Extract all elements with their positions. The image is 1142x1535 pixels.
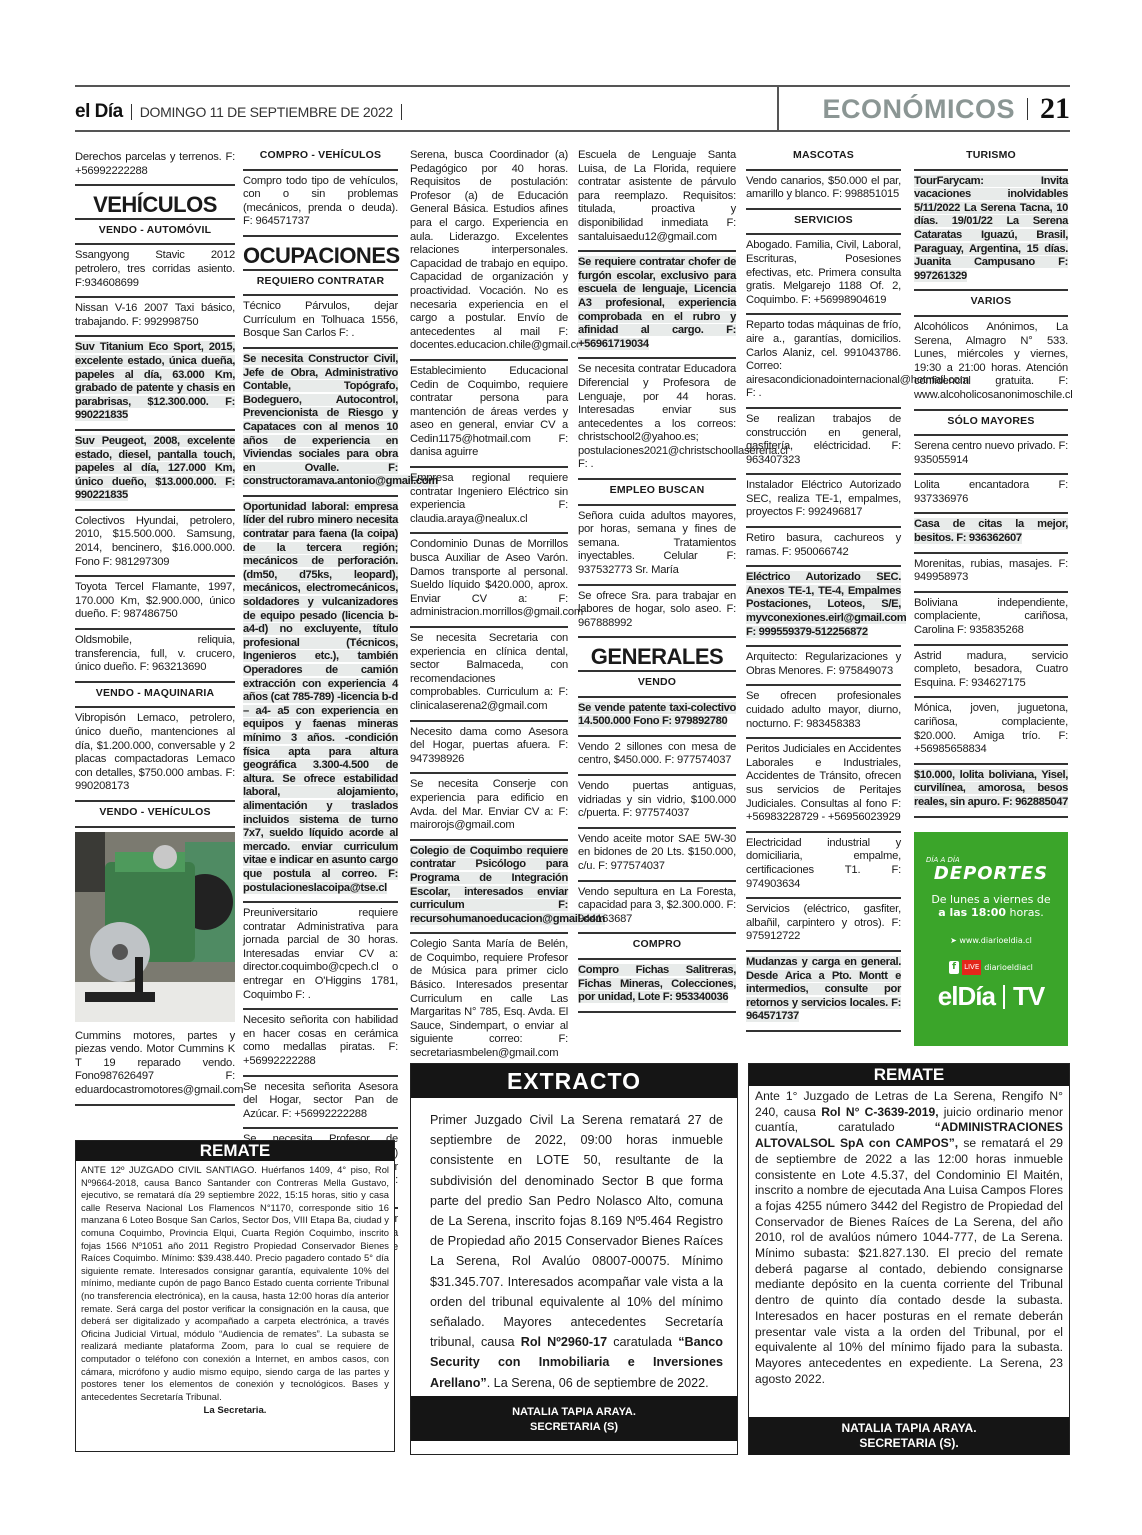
classified-ad: Servicios (eléctrico, gasfiter, albañil,… — [746, 899, 901, 952]
classified-ad-text: Retiro basura, cachureos y ramas. F: 950… — [746, 532, 901, 558]
classified-ad: Técnico Párvulos, dejar Currículum en To… — [243, 296, 398, 349]
category-title-ocupaciones: OCUPACIONES — [243, 237, 398, 271]
classified-ad-text: Vendo 2 sillones con mesa de centro, $45… — [578, 741, 736, 767]
classified-ad-text: Mónica, joven, juguetona, cariñosa, comp… — [914, 702, 1068, 755]
ad-list-ocupaciones-cont2: Escuela de Lenguaje Santa Luisa, de La F… — [578, 145, 736, 480]
classified-ad-text: Peritos Judiciales en Accidentes Laboral… — [746, 743, 901, 823]
classified-ad: Establecimiento Educacional Cedin de Coq… — [410, 361, 568, 468]
classified-ad: Colegio Santa María de Belén, de Coquimb… — [410, 934, 568, 1066]
classified-ad: Se ofrecen profesionales cuidado adulto … — [746, 686, 901, 739]
section-header: ECONÓMICOS 21 — [800, 92, 1070, 126]
classified-ad-text: Empresa regional requiere contratar Inge… — [410, 472, 568, 525]
promo-website[interactable]: ➤ www.diarioeldia.cl — [914, 934, 1068, 948]
case-number: Rol Nº2960-17 — [521, 1335, 607, 1349]
brand-separator — [1003, 985, 1005, 1009]
classified-ad-text: Se necesita Secretaria con experiencia e… — [410, 632, 568, 712]
classified-ad: Serena centro nuevo privado. F: 93505591… — [914, 436, 1068, 475]
classified-ad-text: Electricidad industrial y domiciliaria, … — [746, 837, 901, 890]
classified-ad: Colegio de Coquimbo requiere contratar P… — [410, 841, 568, 935]
classified-ad-text: Nissan V-16 2007 Taxi básico, trabajando… — [75, 302, 235, 328]
page-number: 21 — [1040, 92, 1070, 126]
classified-ad-text: Boliviana independiente, complaciente, c… — [914, 597, 1068, 636]
classified-ad-text: Astrid madura, servicio completo, besado… — [914, 650, 1068, 689]
ad-list-mascotas: Vendo canarios, $50.000 el par, amarillo… — [746, 171, 901, 210]
notice-body: Primer Juzgado Civil La Serena rematará … — [411, 1098, 737, 1396]
signature-role: SECRETARIA (S). — [749, 1436, 1069, 1451]
promo-pretitle: DÍA A DÍA — [914, 832, 1068, 868]
newspaper-logo[interactable]: el Día — [75, 101, 123, 123]
subcategory-compro-vehiculos: COMPRO - VEHÍCULOS — [243, 145, 398, 171]
classified-ad: Peritos Judiciales en Accidentes Laboral… — [746, 739, 901, 833]
classified-ad: Eléctrico Autorizado SEC. Anexos TE-1, T… — [746, 567, 901, 647]
notice-extracto: EXTRACTO Primer Juzgado Civil La Serena … — [410, 1063, 738, 1455]
classified-ad-text: Colegio de Coquimbo requiere contratar P… — [410, 845, 605, 925]
column-3: Serena, busca Coordinador (a) Pedagógico… — [410, 145, 568, 1067]
classified-ad-text: Vendo puertas antiguas, vidriadas y sin … — [578, 780, 736, 819]
classified-ad: Toyota Tercel Flamante, 1997, 170.000 Km… — [75, 577, 235, 630]
body-text: se rematará el 29 de septiembre de 2022 … — [755, 1136, 1063, 1386]
classified-ad-text: Se vende patente taxi-colectivo 14.500.0… — [578, 702, 736, 728]
promo-schedule-line2: a las 18:00 horas. — [914, 906, 1068, 920]
classified-ad: Se necesita señorita Asesora del Hogar, … — [243, 1077, 398, 1130]
classified-ad-text: Toyota Tercel Flamante, 1997, 170.000 Km… — [75, 581, 235, 620]
classified-ad-text: Lolita encantadora F: 937336976 — [914, 479, 1068, 505]
ad-list-ocupaciones: Técnico Párvulos, dejar Currículum en To… — [243, 296, 398, 1274]
classified-ad: Vendo puertas antiguas, vidriadas y sin … — [578, 776, 736, 829]
classified-ad-text: $10.000, lolita boliviana, Yisel, curvil… — [914, 769, 1068, 808]
classified-ad-text: Casa de citas la mejor, besitos. F: 9363… — [914, 518, 1068, 544]
classified-ad: Vibropisón Lemaco, petrolero, único dueñ… — [75, 708, 235, 802]
subcategory-compro: COMPRO — [578, 934, 736, 960]
subcategory-vendo-automovil: VENDO - AUTOMÓVIL — [75, 220, 235, 246]
signature-name: NATALIA TAPIA ARAYA. — [411, 1405, 737, 1420]
classified-ad: Instalador Eléctrico Autorizado SEC, rea… — [746, 475, 901, 528]
classified-ad-text: Necesito señorita con habilidad en hacer… — [243, 1014, 398, 1067]
classified-ad: Electricidad industrial y domiciliaria, … — [746, 833, 901, 899]
classified-ad-text: Eléctrico Autorizado SEC. Anexos TE-1, T… — [746, 571, 906, 637]
classified-ad-text: Oportunidad laboral: empresa líder del r… — [243, 501, 398, 894]
classified-ad: Se realizan trabajos de construcción en … — [746, 409, 901, 475]
live-badge: LIVE — [962, 960, 981, 976]
classified-ad: Oportunidad laboral: empresa líder del r… — [243, 497, 398, 903]
subcategory-requiero-contratar: REQUIERO CONTRATAR — [243, 271, 398, 297]
subcategory-vendo: VENDO — [578, 672, 736, 698]
notice-signature: NATALIA TAPIA ARAYA. SECRETARIA (S). — [749, 1417, 1069, 1455]
classified-ad: Mudanzas y carga en general. Desde Arica… — [746, 952, 901, 1032]
body-text: Primer Juzgado Civil La Serena rematará … — [430, 1113, 723, 1349]
classified-ad-text: Vendo sepultura en La Foresta, capacidad… — [578, 886, 736, 925]
classified-ad: Vendo sepultura en La Foresta, capacidad… — [578, 882, 736, 935]
column-4: Escuela de Lenguaje Santa Luisa, de La F… — [578, 145, 736, 1013]
classified-ad: Casa de citas la mejor, besitos. F: 9363… — [914, 514, 1068, 553]
classified-ad-text: Cummins motores, partes y piezas vendo. … — [75, 1030, 243, 1096]
classified-ad: Astrid madura, servicio completo, besado… — [914, 646, 1068, 699]
classified-ad-text: Servicios (eléctrico, gasfiter, albañil,… — [746, 903, 901, 942]
subcategory-vendo-vehiculos: VENDO - VEHÍCULOS — [75, 802, 235, 828]
notice-title: REMATE — [749, 1064, 1069, 1086]
deportes-promo-banner[interactable]: DÍA A DÍA DEPORTES De lunes a viernes de… — [914, 832, 1068, 1046]
classified-ad-text: Ssangyong Stavic 2012 petrolero, tres co… — [75, 249, 235, 288]
column-2: COMPRO - VEHÍCULOS Compro todo tipo de v… — [243, 145, 398, 1274]
classified-ad-text: Compro Fichas Salitreras, Fichas Mineras… — [578, 964, 736, 1003]
category-title-vehiculos: VEHÍCULOS — [75, 186, 235, 220]
notice-signature: La Secretaria. — [76, 1405, 394, 1416]
classified-ad: Vendo 2 sillones con mesa de centro, $45… — [578, 737, 736, 776]
column-1: Derechos parcelas y terrenos. F: +569922… — [75, 145, 235, 1106]
classified-ad: Condominio Dunas de Morrillos busca Auxi… — [410, 534, 568, 628]
ad-list-compro-generales: Compro Fichas Salitreras, Fichas Mineras… — [578, 960, 736, 1013]
classified-ad: Nissan V-16 2007 Taxi básico, trabajando… — [75, 298, 235, 337]
classified-ad-text: Vendo aceite motor SAE 5W-30 en bidones … — [578, 833, 736, 872]
classified-ad-text: Compro todo tipo de vehículos, con o sin… — [243, 175, 398, 228]
classified-ad: Alcohólicos Anónimos, La Serena, Almagro… — [914, 317, 1068, 411]
classified-ad-text: Técnico Párvulos, dejar Currículum en To… — [243, 300, 398, 339]
notice-signature: NATALIA TAPIA ARAYA. SECRETARIA (S) — [411, 1396, 737, 1441]
classified-ad-text: Instalador Eléctrico Autorizado SEC, rea… — [746, 479, 901, 518]
classified-ad: Compro todo tipo de vehículos, con o sin… — [243, 171, 398, 237]
subcategory-solo-mayores: SÓLO MAYORES — [914, 411, 1068, 437]
subcategory-varios: VARIOS — [914, 291, 1068, 317]
classified-ad-text: Se requiere contratar chofer de furgón e… — [578, 256, 736, 350]
classified-ad-text: Preuniversitario requiere contratar Admi… — [243, 907, 398, 1001]
column-5: MASCOTAS Vendo canarios, $50.000 el par,… — [746, 145, 901, 1032]
brand-eldia: elDía — [938, 990, 995, 1004]
promo-facebook-live[interactable]: f LIVE diarioeldiacl — [914, 960, 1068, 976]
cursor-icon: ➤ — [950, 936, 959, 945]
classified-ad: Boliviana independiente, complaciente, c… — [914, 593, 1068, 646]
classified-ad: Serena, busca Coordinador (a) Pedagógico… — [410, 145, 568, 361]
classified-ad-text: Colegio Santa María de Belén, de Coquimb… — [410, 938, 568, 1059]
classified-ad-text: Suv Peugeot, 2008, excelente estado, die… — [75, 435, 235, 501]
classified-ad: $10.000, lolita boliviana, Yisel, curvil… — [914, 765, 1068, 818]
classified-ad: Colectivos Hyundai, petrolero, 2010, $15… — [75, 511, 235, 577]
notice-title: EXTRACTO — [411, 1064, 737, 1098]
classified-ad: Vendo aceite motor SAE 5W-30 en bidones … — [578, 829, 736, 882]
column-6: TURISMO TourFarycam: Invita vacaciones i… — [914, 145, 1068, 1046]
promo-website-url: www.diarioeldia.cl — [959, 936, 1032, 945]
engine-photo — [75, 832, 235, 1022]
classified-ad: Mónica, joven, juguetona, cariñosa, comp… — [914, 698, 1068, 764]
classified-ad: Necesito señorita con habilidad en hacer… — [243, 1010, 398, 1076]
notice-remate-la-serena: REMATE Ante 1° Juzgado de Letras de La S… — [748, 1063, 1070, 1455]
classified-ad: Retiro basura, cachureos y ramas. F: 950… — [746, 528, 901, 567]
classified-ad-text: Se necesita Conserje con experiencia par… — [410, 778, 568, 831]
classified-ad-text: Abogado. Familia, Civil, Laboral, Escrit… — [746, 239, 901, 305]
classified-ad-text: Se ofrece Sra. para trabajar en labores … — [578, 590, 736, 629]
issue-date: DOMINGO 11 DE SEPTIEMBRE DE 2022 — [140, 104, 393, 120]
classified-ad-text: Necesito dama como Asesora del Hogar, pu… — [410, 726, 568, 765]
engine-image-icon — [75, 832, 235, 1022]
signature-role: SECRETARIA (S) — [411, 1420, 737, 1435]
section-title: ECONÓMICOS — [822, 94, 1015, 125]
subcategory-servicios: SERVICIOS — [746, 210, 901, 236]
classified-ad-text: Condominio Dunas de Morrillos busca Auxi… — [410, 538, 583, 618]
body-text: . La Serena, 06 de septiembre de 2022. — [487, 1376, 709, 1390]
masthead: el Día DOMINGO 11 DE SEPTIEMBRE DE 2022 — [75, 100, 402, 124]
classified-ad: Se necesita Secretaria con experiencia e… — [410, 628, 568, 722]
classified-ad-text: Escuela de Lenguaje Santa Luisa, de La F… — [578, 149, 736, 243]
classified-ad-text: Se ofrecen profesionales cuidado adulto … — [746, 690, 901, 729]
classified-ad: TourFarycam: Invita vacaciones inolvidab… — [914, 171, 1068, 292]
classified-ad-text: Serena, busca Coordinador (a) Pedagógico… — [410, 149, 591, 351]
body-text: caratulada — [607, 1335, 678, 1349]
subcategory-mascotas: MASCOTAS — [746, 145, 901, 171]
subcategory-vendo-maquinaria: VENDO - MAQUINARIA — [75, 683, 235, 709]
facebook-icon: f — [949, 961, 959, 975]
classified-ad: Ssangyong Stavic 2012 petrolero, tres co… — [75, 245, 235, 298]
signature-name: NATALIA TAPIA ARAYA. — [749, 1421, 1069, 1436]
ad-list-ocupaciones-cont: Serena, busca Coordinador (a) Pedagógico… — [410, 145, 568, 1067]
classified-ad-text: TourFarycam: Invita vacaciones inolvidab… — [914, 175, 1068, 282]
classified-ad-text: Se necesita señorita Asesora del Hogar, … — [243, 1081, 398, 1120]
header-divider — [777, 86, 779, 131]
classified-ad-text: Mudanzas y carga en general. Desde Arica… — [746, 956, 901, 1022]
ad-list-empleo: Señora cuida adultos mayores, por horas,… — [578, 506, 736, 639]
separator — [1027, 98, 1028, 120]
classified-ad: Señora cuida adultos mayores, por horas,… — [578, 506, 736, 586]
subcategory-turismo: TURISMO — [914, 145, 1068, 171]
classified-ad: Se necesita Constructor Civil, Jefe de O… — [243, 349, 398, 497]
classified-ad: Derechos parcelas y terrenos. F: +569922… — [75, 145, 235, 186]
promo-title: DEPORTES — [914, 867, 1068, 881]
notice-title: REMATE — [76, 1141, 394, 1161]
classified-ad-text: Vendo canarios, $50.000 el par, amarillo… — [746, 175, 901, 201]
case-number: Rol N° C-3639-2019, — [821, 1105, 938, 1119]
promo-social-handle: diarioeldiacl — [984, 961, 1033, 975]
classified-ad-text: Señora cuida adultos mayores, por horas,… — [578, 510, 736, 576]
classified-ad: Vendo canarios, $50.000 el par, amarillo… — [746, 171, 901, 210]
ad-list-maquinaria: Vibropisón Lemaco, petrolero, único dueñ… — [75, 708, 235, 802]
subcategory-empleo-buscan: EMPLEO BUSCAN — [578, 480, 736, 506]
classified-ad-text: Serena centro nuevo privado. F: 93505591… — [914, 440, 1068, 466]
ad-list-automovil: Ssangyong Stavic 2012 petrolero, tres co… — [75, 245, 235, 682]
classified-ad: Lolita encantadora F: 937336976 — [914, 475, 1068, 514]
classified-ad-text: Vibropisón Lemaco, petrolero, único dueñ… — [75, 712, 235, 792]
classified-ad-text: Oldsmobile, reliquia, transferencia, ful… — [75, 634, 235, 673]
classified-ad: Suv Titanium Eco Sport, 2015, excelente … — [75, 337, 235, 431]
notice-remate-santiago: REMATE ANTE 12º JUZGADO CIVIL SANTIAGO. … — [75, 1140, 395, 1452]
ad-list-turismo: TourFarycam: Invita vacaciones inolvidab… — [914, 171, 1068, 292]
classified-ad: Cummins motores, partes y piezas vendo. … — [75, 1026, 235, 1106]
classified-ad: Oldsmobile, reliquia, transferencia, ful… — [75, 630, 235, 683]
category-title-generales: GENERALES — [578, 638, 736, 672]
ad-list-servicios: Abogado. Familia, Civil, Laboral, Escrit… — [746, 235, 901, 1032]
classified-ad: Preuniversitario requiere contratar Admi… — [243, 903, 398, 1010]
promo-schedule-line1: De lunes a viernes de — [914, 893, 1068, 907]
ad-list-varios: Alcohólicos Anónimos, La Serena, Almagro… — [914, 317, 1068, 411]
classified-ad: Morenitas, rubias, masajes. F: 949958973 — [914, 554, 1068, 593]
separator — [401, 104, 402, 120]
classified-ad-text: Alcohólicos Anónimos, La Serena, Almagro… — [914, 321, 1073, 401]
classified-ad: Arquitecto: Regularizaciones y Obras Men… — [746, 647, 901, 686]
brand-tv: TV — [1013, 990, 1044, 1004]
classified-ad-text: Establecimiento Educacional Cedin de Coq… — [410, 365, 568, 459]
classified-ad: Se necesita Conserje con experiencia par… — [410, 774, 568, 840]
promo-time-suffix: horas. — [1006, 906, 1044, 919]
classified-ad: Se requiere contratar chofer de furgón e… — [578, 252, 736, 359]
ad-list-mayores: Serena centro nuevo privado. F: 93505591… — [914, 436, 1068, 817]
classified-ad: Se vende patente taxi-colectivo 14.500.0… — [578, 698, 736, 737]
notice-body: Ante 1° Juzgado de Letras de La Serena, … — [749, 1086, 1069, 1417]
classified-ad: Se necesita contratar Educadora Diferenc… — [578, 359, 736, 480]
header-top-rule — [75, 85, 1070, 87]
classified-ad-text: Colectivos Hyundai, petrolero, 2010, $15… — [75, 515, 235, 568]
classified-ad: Reparto todas máquinas de frío, aire a.,… — [746, 315, 901, 409]
classified-ad-text: Se necesita Constructor Civil, Jefe de O… — [243, 353, 438, 487]
header-bottom-rule — [75, 130, 1070, 132]
classified-ad-text: Se realizan trabajos de construcción en … — [746, 413, 901, 466]
classified-ad: Compro Fichas Salitreras, Fichas Mineras… — [578, 960, 736, 1013]
ad-list-vendo: Se vende patente taxi-colectivo 14.500.0… — [578, 698, 736, 935]
promo-time: a las 18:00 — [938, 906, 1006, 919]
classified-ad: Escuela de Lenguaje Santa Luisa, de La F… — [578, 145, 736, 252]
promo-brand: elDía TV — [914, 985, 1068, 1009]
notice-body: ANTE 12º JUZGADO CIVIL SANTIAGO. Huérfan… — [76, 1161, 394, 1403]
ad-list-vehiculos: Cummins motores, partes y piezas vendo. … — [75, 1026, 235, 1106]
classified-ad: Abogado. Familia, Civil, Laboral, Escrit… — [746, 235, 901, 315]
separator — [131, 104, 132, 120]
classified-ad: Empresa regional requiere contratar Inge… — [410, 468, 568, 534]
classified-ad: Suv Peugeot, 2008, excelente estado, die… — [75, 431, 235, 511]
classified-ad: Necesito dama como Asesora del Hogar, pu… — [410, 722, 568, 775]
classified-ad-text: Suv Titanium Eco Sport, 2015, excelente … — [75, 341, 235, 421]
classified-ad-text: Arquitecto: Regularizaciones y Obras Men… — [746, 651, 901, 677]
classified-ad: Se ofrece Sra. para trabajar en labores … — [578, 586, 736, 639]
classified-ad-text: Morenitas, rubias, masajes. F: 949958973 — [914, 558, 1068, 584]
ad-list-compro: Compro todo tipo de vehículos, con o sin… — [243, 171, 398, 237]
